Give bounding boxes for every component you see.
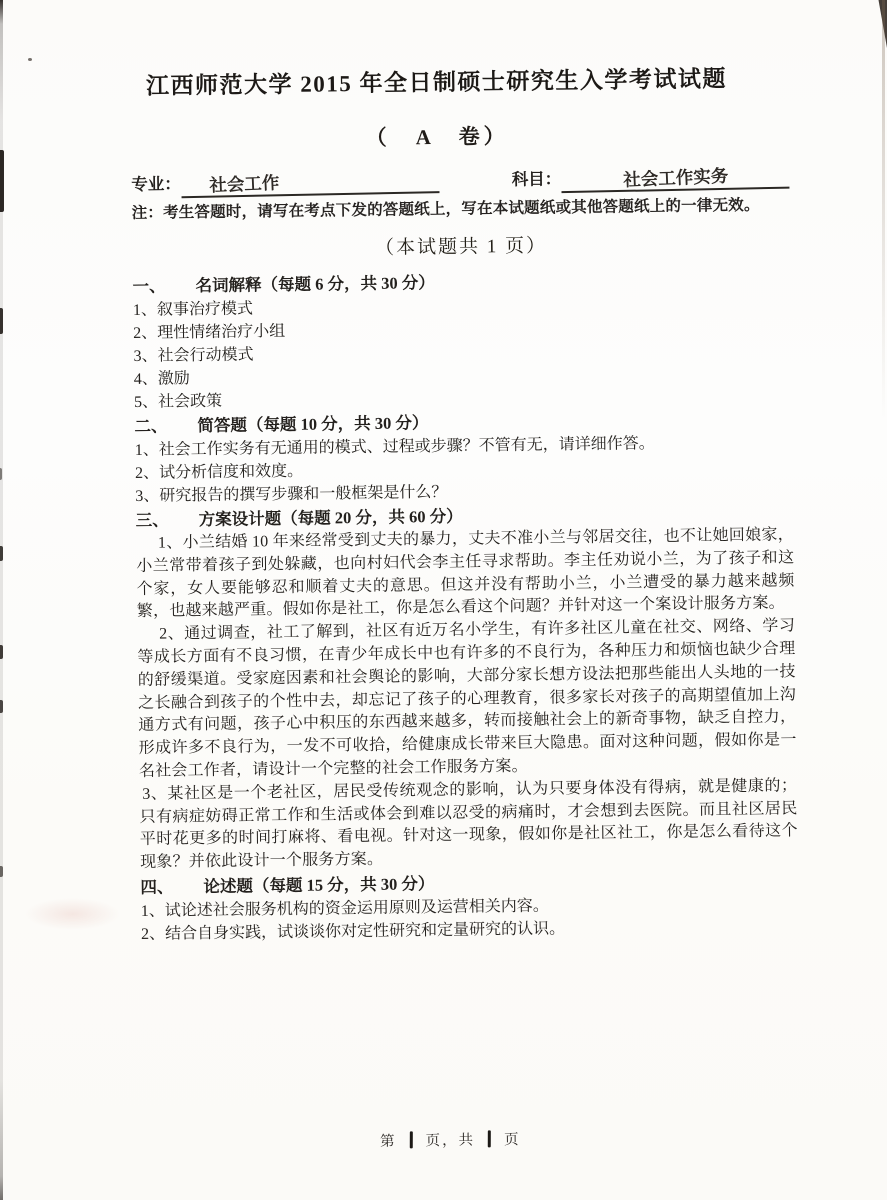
page-title: 江西师范大学 2015 年全日制硕士研究生入学考试试题 (53, 59, 820, 102)
major-value: 社会工作 (208, 170, 279, 198)
footer-label-middle: 页，共 (425, 1133, 475, 1150)
paper-version-label: （ A 卷） (0, 115, 881, 157)
subject-field: 科目：社会工作实务 (512, 162, 790, 193)
footer-label-first: 第 (380, 1134, 397, 1150)
subject-value: 社会工作实务 (622, 163, 728, 192)
section-title: 方案设计题（每题 20 分，共 60 分） (199, 507, 463, 529)
major-underline: 社会工作 (181, 166, 439, 198)
major-label: 专业： (131, 174, 181, 194)
case-paragraph: 3、某社区是一个老社区，居民受传统观念的影响，认为只要身体没有得病，就是健康的；… (139, 775, 798, 875)
subject-underline: 社会工作实务 (561, 162, 789, 194)
handwritten-page-number (410, 1131, 413, 1148)
subject-label: 科目： (512, 169, 562, 189)
section-title: 论述题（每题 15 分，共 30 分） (203, 874, 434, 896)
page-count-note: （本试题共 1 页） (132, 227, 790, 263)
scanned-exam-page: 江西师范大学 2015 年全日制硕士研究生入学考试试题 （ A 卷） 专业：社会… (0, 0, 887, 1200)
case-paragraph: 1、小兰结婚 10 年来经常受到丈夫的暴力，丈夫不准小兰与邻居交往，也不让她回娘… (136, 524, 795, 624)
page-footer: 第页，共页 (7, 1123, 887, 1156)
section-number: 三、 (136, 509, 169, 533)
section-title: 名词解释（每题 6 分，共 30 分） (195, 273, 434, 295)
questions-block: 一、名词解释（每题 6 分，共 30 分） 1、叙事治疗模式 2、理性情绪治疗小… (132, 266, 799, 946)
footer-label-last: 页 (504, 1132, 521, 1148)
exam-sheet: 江西师范大学 2015 年全日制硕士研究生入学考试试题 （ A 卷） 专业：社会… (0, 0, 887, 1200)
section-number: 二、 (134, 415, 167, 439)
section-number: 一、 (132, 275, 165, 299)
meta-row: 专业：社会工作 科目：社会工作实务 (131, 162, 789, 198)
handwritten-total-pages (488, 1130, 491, 1147)
major-field: 专业：社会工作 (131, 167, 439, 198)
case-paragraph: 2、通过调查，社工了解到，社区有近万名小学生，有许多社区儿童在社交、网络、学习等… (137, 616, 797, 784)
exam-content: 专业：社会工作 科目：社会工作实务 注：考生答题时，请写在考点下发的答题纸上，写… (131, 162, 799, 945)
section-title: 简答题（每题 10 分，共 30 分） (197, 413, 428, 435)
section-number: 四、 (140, 875, 173, 899)
